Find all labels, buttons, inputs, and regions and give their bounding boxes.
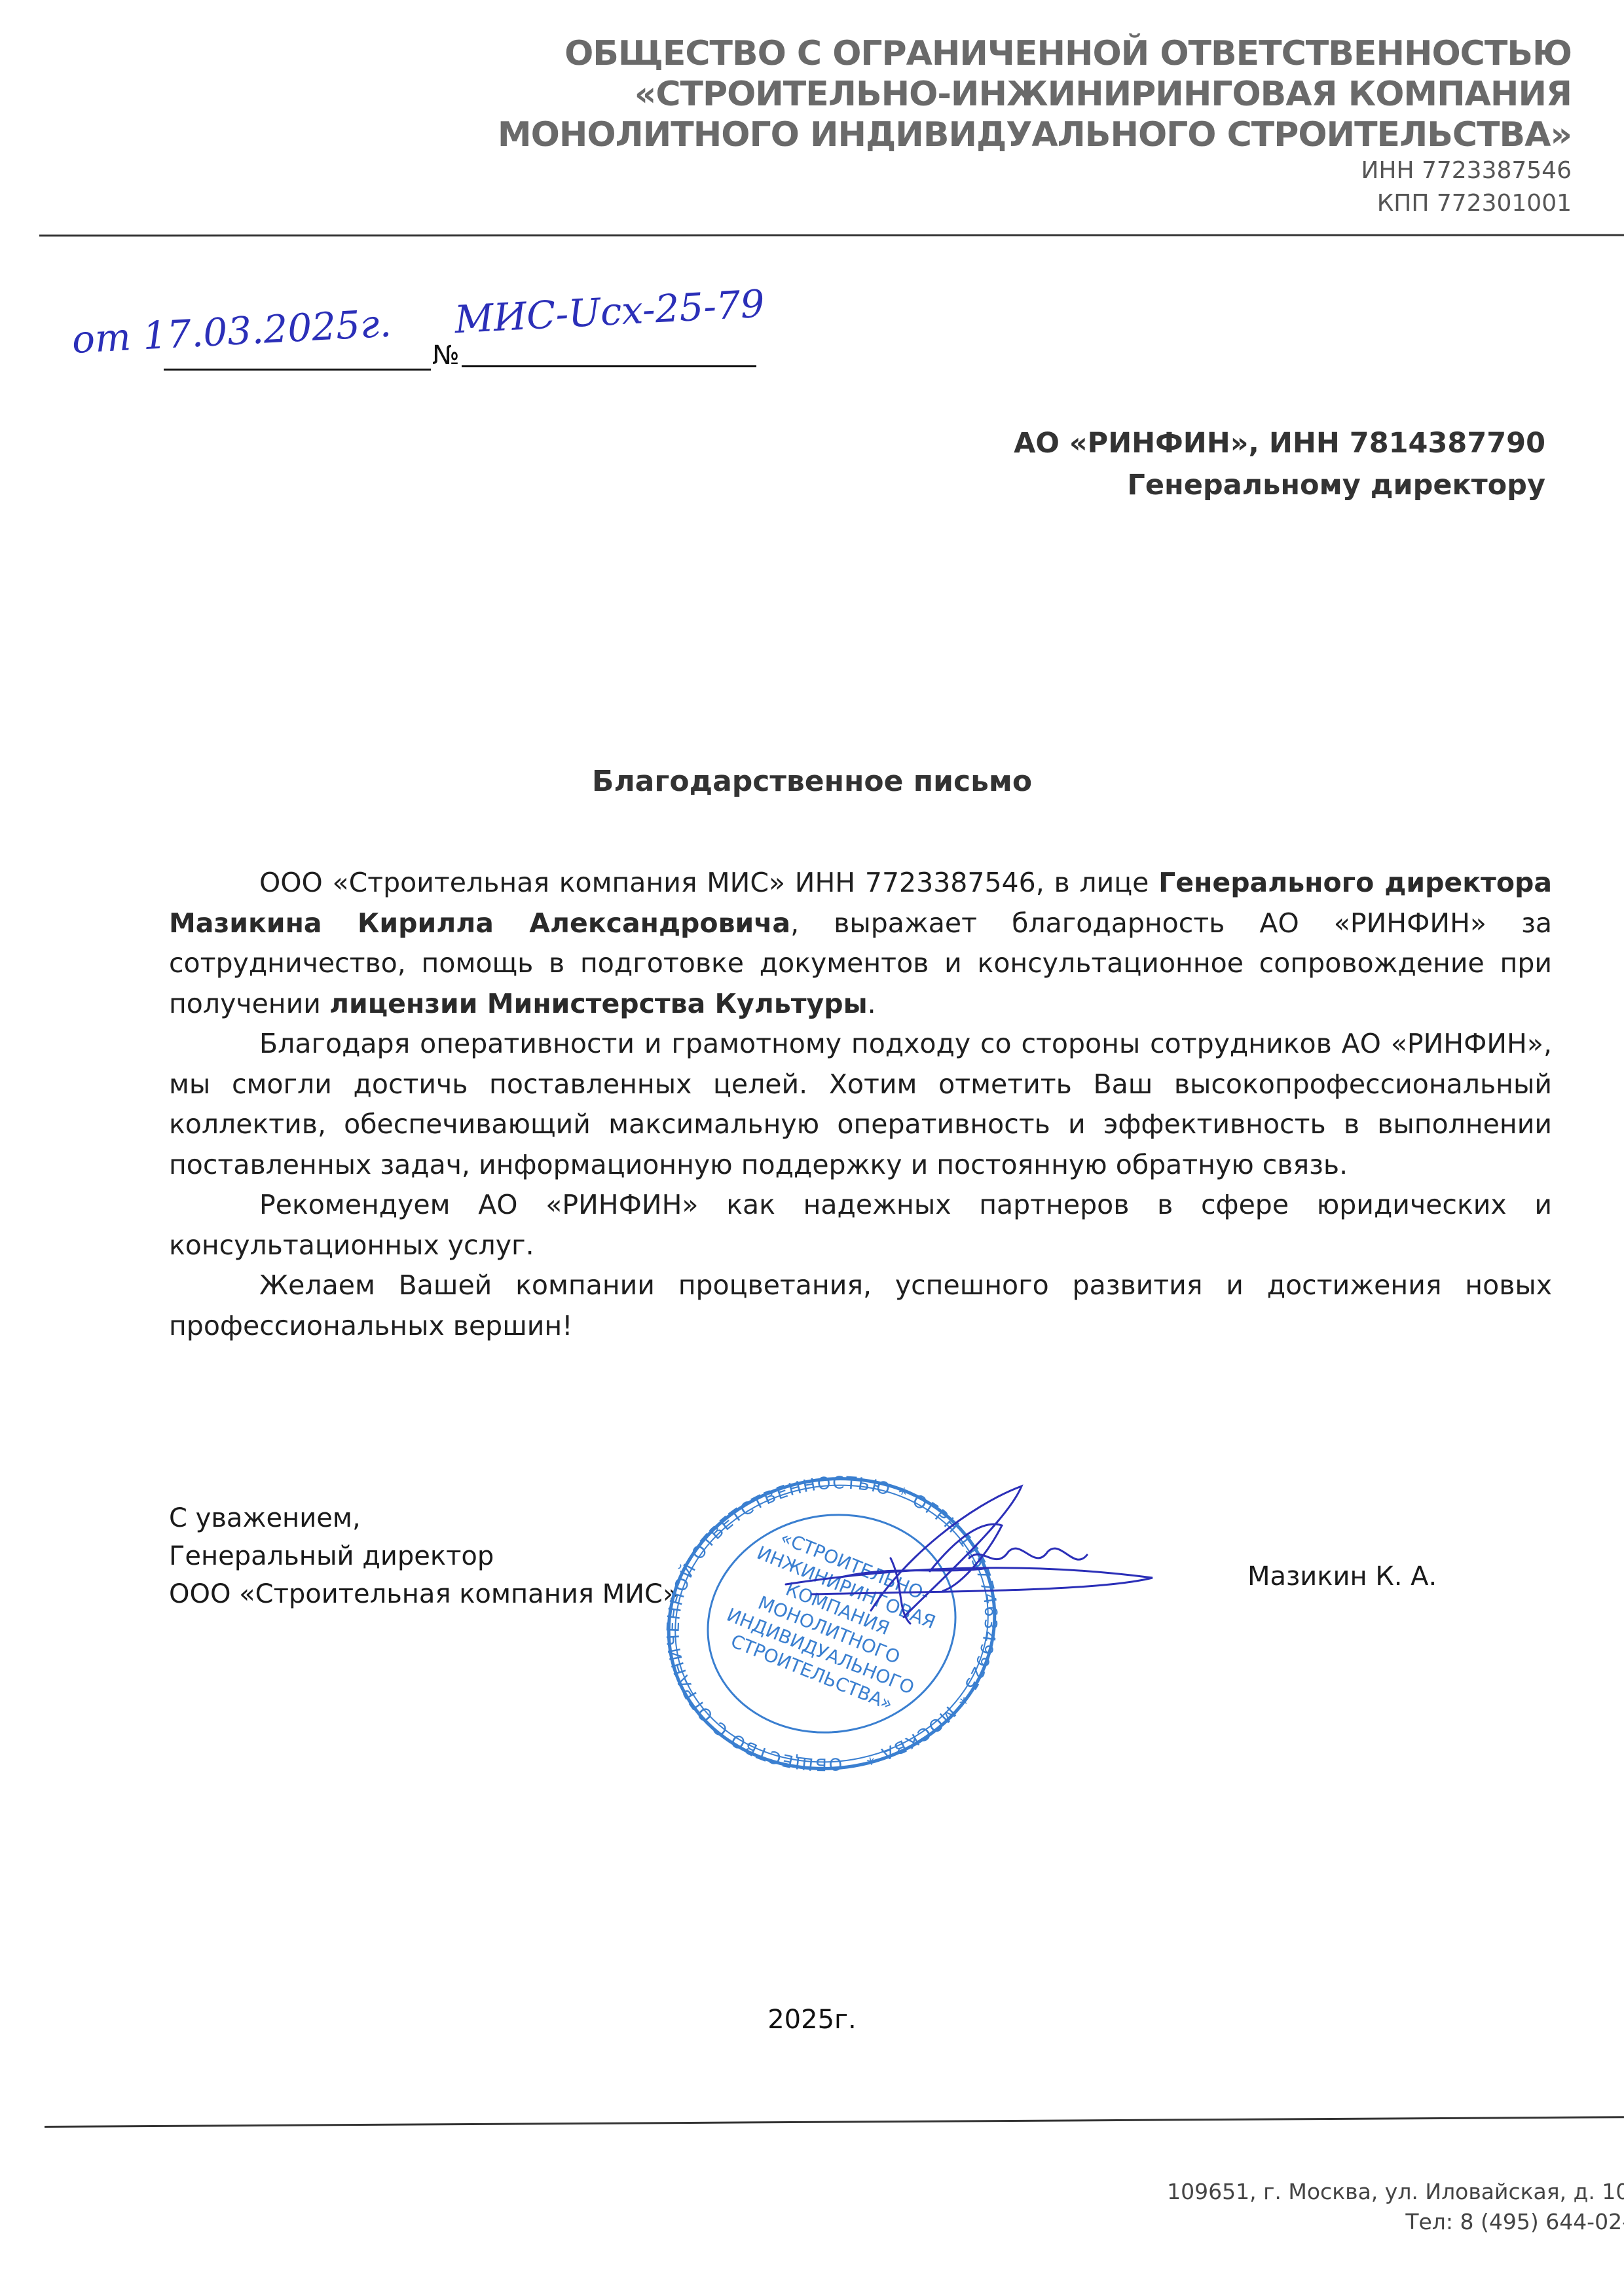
letterhead-kpp: КПП 772301001 bbox=[1377, 190, 1572, 217]
signer-name: Мазикин К. А. bbox=[1247, 1561, 1437, 1592]
letterhead-line-2: «СТРОИТЕЛЬНО-ИНЖИНИРИНГОВАЯ КОМПАНИЯ bbox=[635, 77, 1572, 111]
outgoing-number: МИС-Ucx-25-79 bbox=[453, 282, 766, 342]
outgoing-date: 17.03.2025 bbox=[141, 302, 361, 358]
paragraph-3: Рекомендуем АО «РИНФИН» как надежных пар… bbox=[169, 1185, 1552, 1266]
signer-position: Генеральный директор bbox=[169, 1537, 678, 1575]
outgoing-handwritten: от 17.03.2025г. МИС-Ucx-25-79 bbox=[71, 282, 766, 362]
p1-bold-license: лицензии Министерства Культуры bbox=[329, 988, 868, 1019]
footer-contacts: 109651, г. Москва, ул. Иловайская, д. 10… bbox=[1167, 2177, 1624, 2237]
paragraph-1: ООО «Строительная компания МИС» ИНН 7723… bbox=[169, 863, 1552, 1024]
footer-phone: Тел: 8 (495) 644-02-0 bbox=[1167, 2207, 1624, 2237]
date-underline bbox=[164, 369, 431, 371]
recipient-company: АО «РИНФИН», ИНН 7814387790 bbox=[1014, 422, 1545, 464]
outgoing-year-suffix: г. bbox=[359, 301, 392, 346]
letterhead-line-3: МОНОЛИТНОГО ИНДИВИДУАЛЬНОГО СТРОИТЕЛЬСТВ… bbox=[498, 118, 1572, 152]
letterhead-line-1: ОБЩЕСТВО С ОГРАНИЧЕННОЙ ОТВЕТСТВЕННОСТЬЮ bbox=[564, 37, 1572, 71]
paragraph-4: Желаем Вашей компании процветания, успеш… bbox=[169, 1266, 1552, 1346]
closing: С уважением, bbox=[169, 1499, 678, 1537]
footer-address: 109651, г. Москва, ул. Иловайская, д. 10… bbox=[1167, 2177, 1624, 2207]
p1-text-a: ООО «Строительная компания МИС» ИНН 7723… bbox=[259, 867, 1158, 898]
outgoing-date-prefix: от bbox=[71, 314, 132, 362]
number-sign: № bbox=[432, 340, 460, 371]
footer-divider bbox=[45, 2116, 1624, 2128]
recipient-position: Генеральному директору bbox=[1014, 464, 1545, 506]
document-title: Благодарственное письмо bbox=[0, 765, 1624, 798]
header-divider bbox=[39, 234, 1624, 237]
handwritten-signature-icon bbox=[773, 1480, 1166, 1637]
letterhead-inn: ИНН 7723387546 bbox=[1361, 157, 1572, 184]
document-year: 2025г. bbox=[0, 2005, 1624, 2035]
recipient-block: АО «РИНФИН», ИНН 7814387790 Генеральному… bbox=[1014, 422, 1545, 506]
signature-block: С уважением, Генеральный директор ООО «С… bbox=[169, 1499, 678, 1613]
signer-company: ООО «Строительная компания МИС» bbox=[169, 1575, 678, 1613]
letter-body: ООО «Строительная компания МИС» ИНН 7723… bbox=[169, 863, 1552, 1346]
paragraph-2: Благодаря оперативности и грамотному под… bbox=[169, 1024, 1552, 1185]
number-underline bbox=[462, 365, 756, 367]
p1-text-e: . bbox=[868, 988, 876, 1019]
